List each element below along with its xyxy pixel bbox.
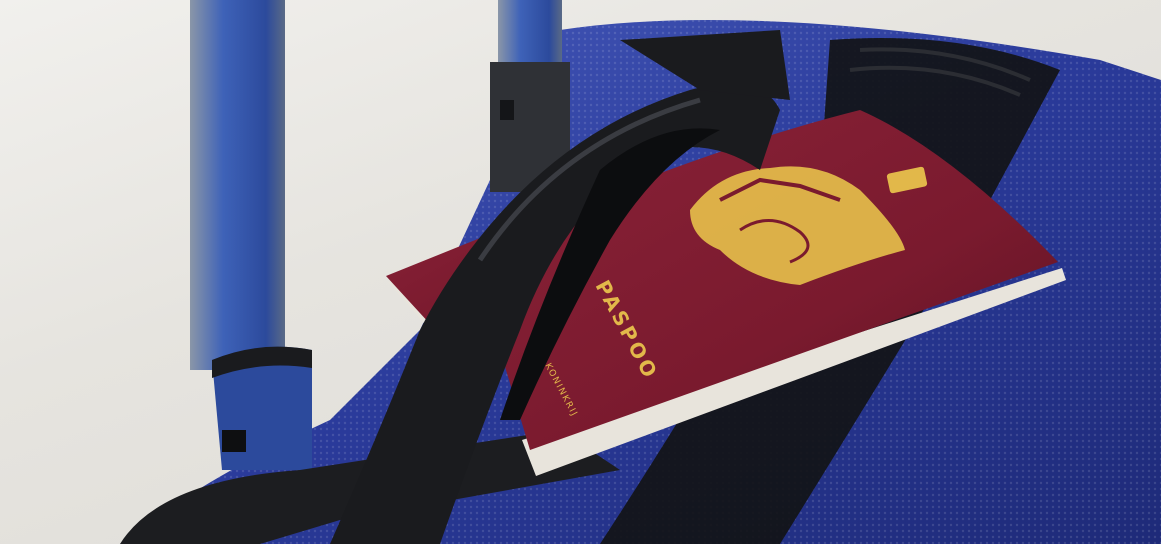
telescopic-handle-left: [190, 0, 312, 470]
photo-scene: PASPOO KONINKRIJ: [0, 0, 1161, 544]
passport-on-suitcase-photo: PASPOO KONINKRIJ: [0, 0, 1161, 544]
